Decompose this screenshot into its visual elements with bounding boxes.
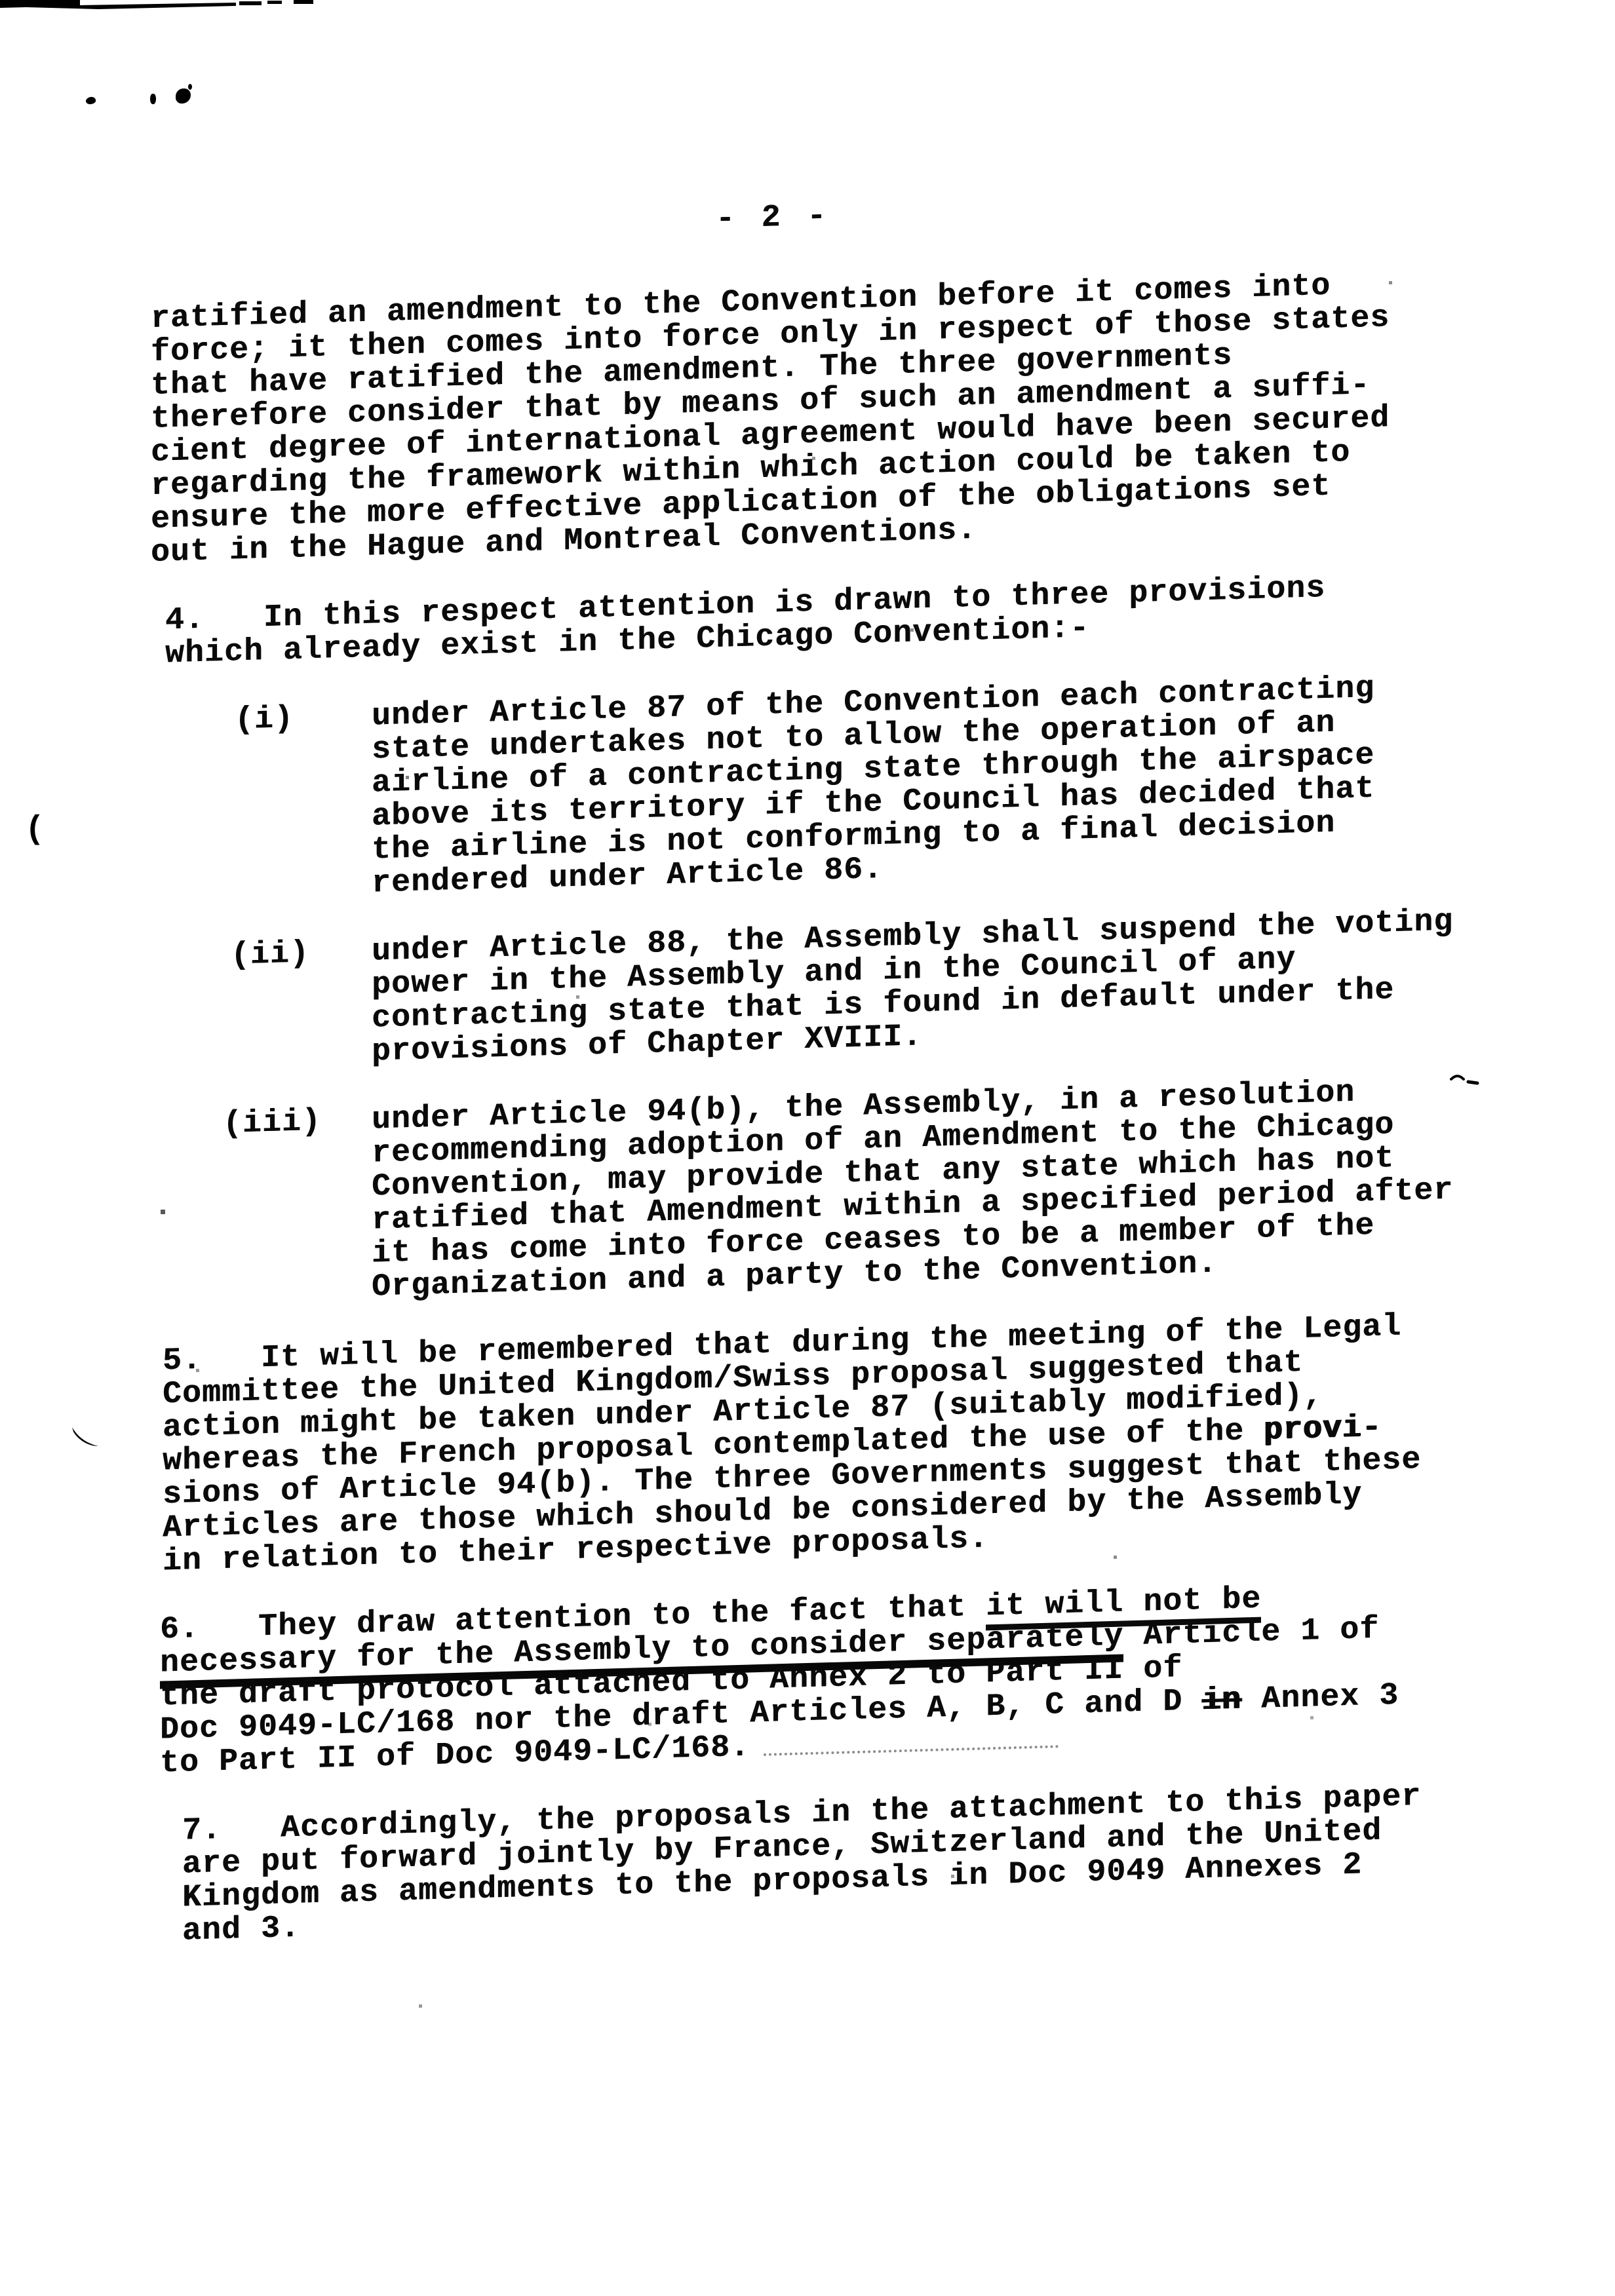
paragraph-5-overstruck-word: provi- <box>1264 1410 1382 1449</box>
list-label-iii: (iii) <box>223 1105 321 1141</box>
paragraph-intro: ratified an amendment to the Convention … <box>151 267 1449 570</box>
list-item-i: under Article 87 of the Convention each … <box>372 669 1499 901</box>
paragraph-4: 4. In this respect attention is drawn to… <box>165 568 1463 671</box>
list-label-i: (i) <box>235 702 294 738</box>
scanned-document-page: ( - 2 - ratified an amendment to the Con… <box>0 0 1615 2296</box>
paragraph-6-overstruck-word: in <box>1202 1683 1241 1719</box>
list-item-ii: under Article 88, the Assembly shall sus… <box>372 904 1499 1069</box>
paragraph-5: 5. It will be remembered that during the… <box>163 1308 1480 1578</box>
margin-pen-stroke <box>71 1426 102 1452</box>
ink-speck <box>85 96 97 105</box>
scan-noise <box>0 0 2 2</box>
list-item-iii: under Article 94(b), the Assembly, in a … <box>372 1073 1499 1305</box>
typed-content: - 2 - ratified an amendment to the Conve… <box>151 0 1580 2296</box>
margin-paren-mark: ( <box>25 811 45 849</box>
page-number: - 2 - <box>716 200 830 237</box>
list-label-ii: (ii) <box>231 937 309 972</box>
paragraph-6: 6. They draw attention to the fact that … <box>160 1577 1477 1780</box>
paragraph-7: 7. Accordingly, the proposals in the att… <box>182 1778 1487 1949</box>
